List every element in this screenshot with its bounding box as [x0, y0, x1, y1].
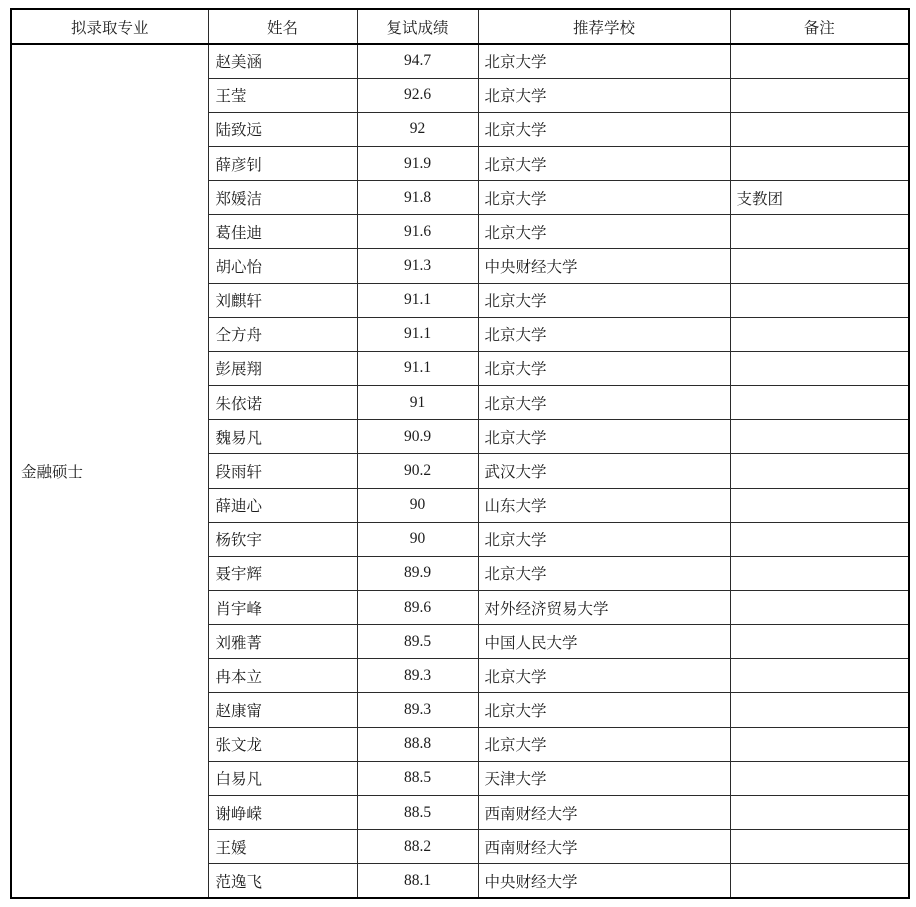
table-row: 金融硕士赵美涵94.7北京大学 — [11, 44, 909, 78]
school-cell: 北京大学 — [478, 112, 730, 146]
score-cell: 88.5 — [357, 795, 478, 829]
name-cell: 陆致远 — [208, 112, 357, 146]
score-cell: 91.9 — [357, 146, 478, 180]
remark-cell: 支教团 — [730, 181, 909, 215]
school-cell: 北京大学 — [478, 727, 730, 761]
table-body: 金融硕士赵美涵94.7北京大学王莹92.6北京大学陆致远92北京大学薛彦钊91.… — [11, 44, 909, 898]
name-cell: 王莹 — [208, 78, 357, 112]
school-cell: 北京大学 — [478, 556, 730, 590]
remark-cell — [730, 386, 909, 420]
name-cell: 段雨轩 — [208, 454, 357, 488]
name-cell: 冉本立 — [208, 659, 357, 693]
score-cell: 90 — [357, 522, 478, 556]
score-cell: 92.6 — [357, 78, 478, 112]
score-cell: 91.8 — [357, 181, 478, 215]
score-cell: 91.3 — [357, 249, 478, 283]
remark-cell — [730, 556, 909, 590]
header-school: 推荐学校 — [478, 9, 730, 44]
score-cell: 89.6 — [357, 591, 478, 625]
header-score: 复试成绩 — [357, 9, 478, 44]
header-name: 姓名 — [208, 9, 357, 44]
name-cell: 谢峥嵘 — [208, 795, 357, 829]
name-cell: 白易凡 — [208, 761, 357, 795]
score-cell: 91.1 — [357, 351, 478, 385]
school-cell: 西南财经大学 — [478, 830, 730, 864]
score-cell: 92 — [357, 112, 478, 146]
remark-cell — [730, 78, 909, 112]
score-cell: 88.2 — [357, 830, 478, 864]
score-cell: 91.1 — [357, 283, 478, 317]
name-cell: 朱依诺 — [208, 386, 357, 420]
school-cell: 中央财经大学 — [478, 864, 730, 898]
school-cell: 北京大学 — [478, 317, 730, 351]
remark-cell — [730, 351, 909, 385]
school-cell: 天津大学 — [478, 761, 730, 795]
score-cell: 91.1 — [357, 317, 478, 351]
document-page: 拟录取专业 姓名 复试成绩 推荐学校 备注 金融硕士赵美涵94.7北京大学王莹9… — [0, 0, 916, 907]
score-cell: 89.3 — [357, 693, 478, 727]
school-cell: 北京大学 — [478, 283, 730, 317]
remark-cell — [730, 659, 909, 693]
score-cell: 88.8 — [357, 727, 478, 761]
name-cell: 范逸飞 — [208, 864, 357, 898]
remark-cell — [730, 761, 909, 795]
school-cell: 北京大学 — [478, 351, 730, 385]
remark-cell — [730, 215, 909, 249]
name-cell: 薛彦钊 — [208, 146, 357, 180]
remark-cell — [730, 112, 909, 146]
score-cell: 94.7 — [357, 44, 478, 78]
school-cell: 北京大学 — [478, 215, 730, 249]
header-remark: 备注 — [730, 9, 909, 44]
name-cell: 赵康甯 — [208, 693, 357, 727]
score-cell: 89.3 — [357, 659, 478, 693]
remark-cell — [730, 420, 909, 454]
remark-cell — [730, 44, 909, 78]
name-cell: 薛迪心 — [208, 488, 357, 522]
school-cell: 中国人民大学 — [478, 625, 730, 659]
header-major: 拟录取专业 — [11, 9, 208, 44]
school-cell: 北京大学 — [478, 693, 730, 727]
school-cell: 对外经济贸易大学 — [478, 591, 730, 625]
name-cell: 彭展翔 — [208, 351, 357, 385]
remark-cell — [730, 795, 909, 829]
score-cell: 90 — [357, 488, 478, 522]
school-cell: 北京大学 — [478, 78, 730, 112]
remark-cell — [730, 693, 909, 727]
school-cell: 北京大学 — [478, 181, 730, 215]
remark-cell — [730, 249, 909, 283]
name-cell: 郑媛洁 — [208, 181, 357, 215]
name-cell: 胡心怡 — [208, 249, 357, 283]
score-cell: 89.5 — [357, 625, 478, 659]
name-cell: 魏易凡 — [208, 420, 357, 454]
school-cell: 中央财经大学 — [478, 249, 730, 283]
score-cell: 91.6 — [357, 215, 478, 249]
remark-cell — [730, 522, 909, 556]
remark-cell — [730, 864, 909, 898]
school-cell: 西南财经大学 — [478, 795, 730, 829]
remark-cell — [730, 454, 909, 488]
school-cell: 北京大学 — [478, 420, 730, 454]
name-cell: 肖宇峰 — [208, 591, 357, 625]
remark-cell — [730, 625, 909, 659]
school-cell: 北京大学 — [478, 659, 730, 693]
name-cell: 张文龙 — [208, 727, 357, 761]
score-cell: 88.5 — [357, 761, 478, 795]
major-cell: 金融硕士 — [11, 44, 208, 898]
name-cell: 杨钦宇 — [208, 522, 357, 556]
school-cell: 山东大学 — [478, 488, 730, 522]
name-cell: 王媛 — [208, 830, 357, 864]
score-cell: 91 — [357, 386, 478, 420]
name-cell: 刘雅菁 — [208, 625, 357, 659]
remark-cell — [730, 727, 909, 761]
school-cell: 北京大学 — [478, 44, 730, 78]
name-cell: 仝方舟 — [208, 317, 357, 351]
score-cell: 88.1 — [357, 864, 478, 898]
name-cell: 刘麒轩 — [208, 283, 357, 317]
remark-cell — [730, 591, 909, 625]
name-cell: 聂宇辉 — [208, 556, 357, 590]
score-cell: 90.9 — [357, 420, 478, 454]
school-cell: 北京大学 — [478, 386, 730, 420]
score-cell: 89.9 — [357, 556, 478, 590]
school-cell: 北京大学 — [478, 522, 730, 556]
school-cell: 武汉大学 — [478, 454, 730, 488]
table-header: 拟录取专业 姓名 复试成绩 推荐学校 备注 — [11, 9, 909, 44]
name-cell: 赵美涵 — [208, 44, 357, 78]
remark-cell — [730, 830, 909, 864]
score-cell: 90.2 — [357, 454, 478, 488]
header-row: 拟录取专业 姓名 复试成绩 推荐学校 备注 — [11, 9, 909, 44]
name-cell: 葛佳迪 — [208, 215, 357, 249]
school-cell: 北京大学 — [478, 146, 730, 180]
remark-cell — [730, 283, 909, 317]
remark-cell — [730, 317, 909, 351]
admission-table: 拟录取专业 姓名 复试成绩 推荐学校 备注 金融硕士赵美涵94.7北京大学王莹9… — [10, 8, 910, 899]
remark-cell — [730, 146, 909, 180]
remark-cell — [730, 488, 909, 522]
